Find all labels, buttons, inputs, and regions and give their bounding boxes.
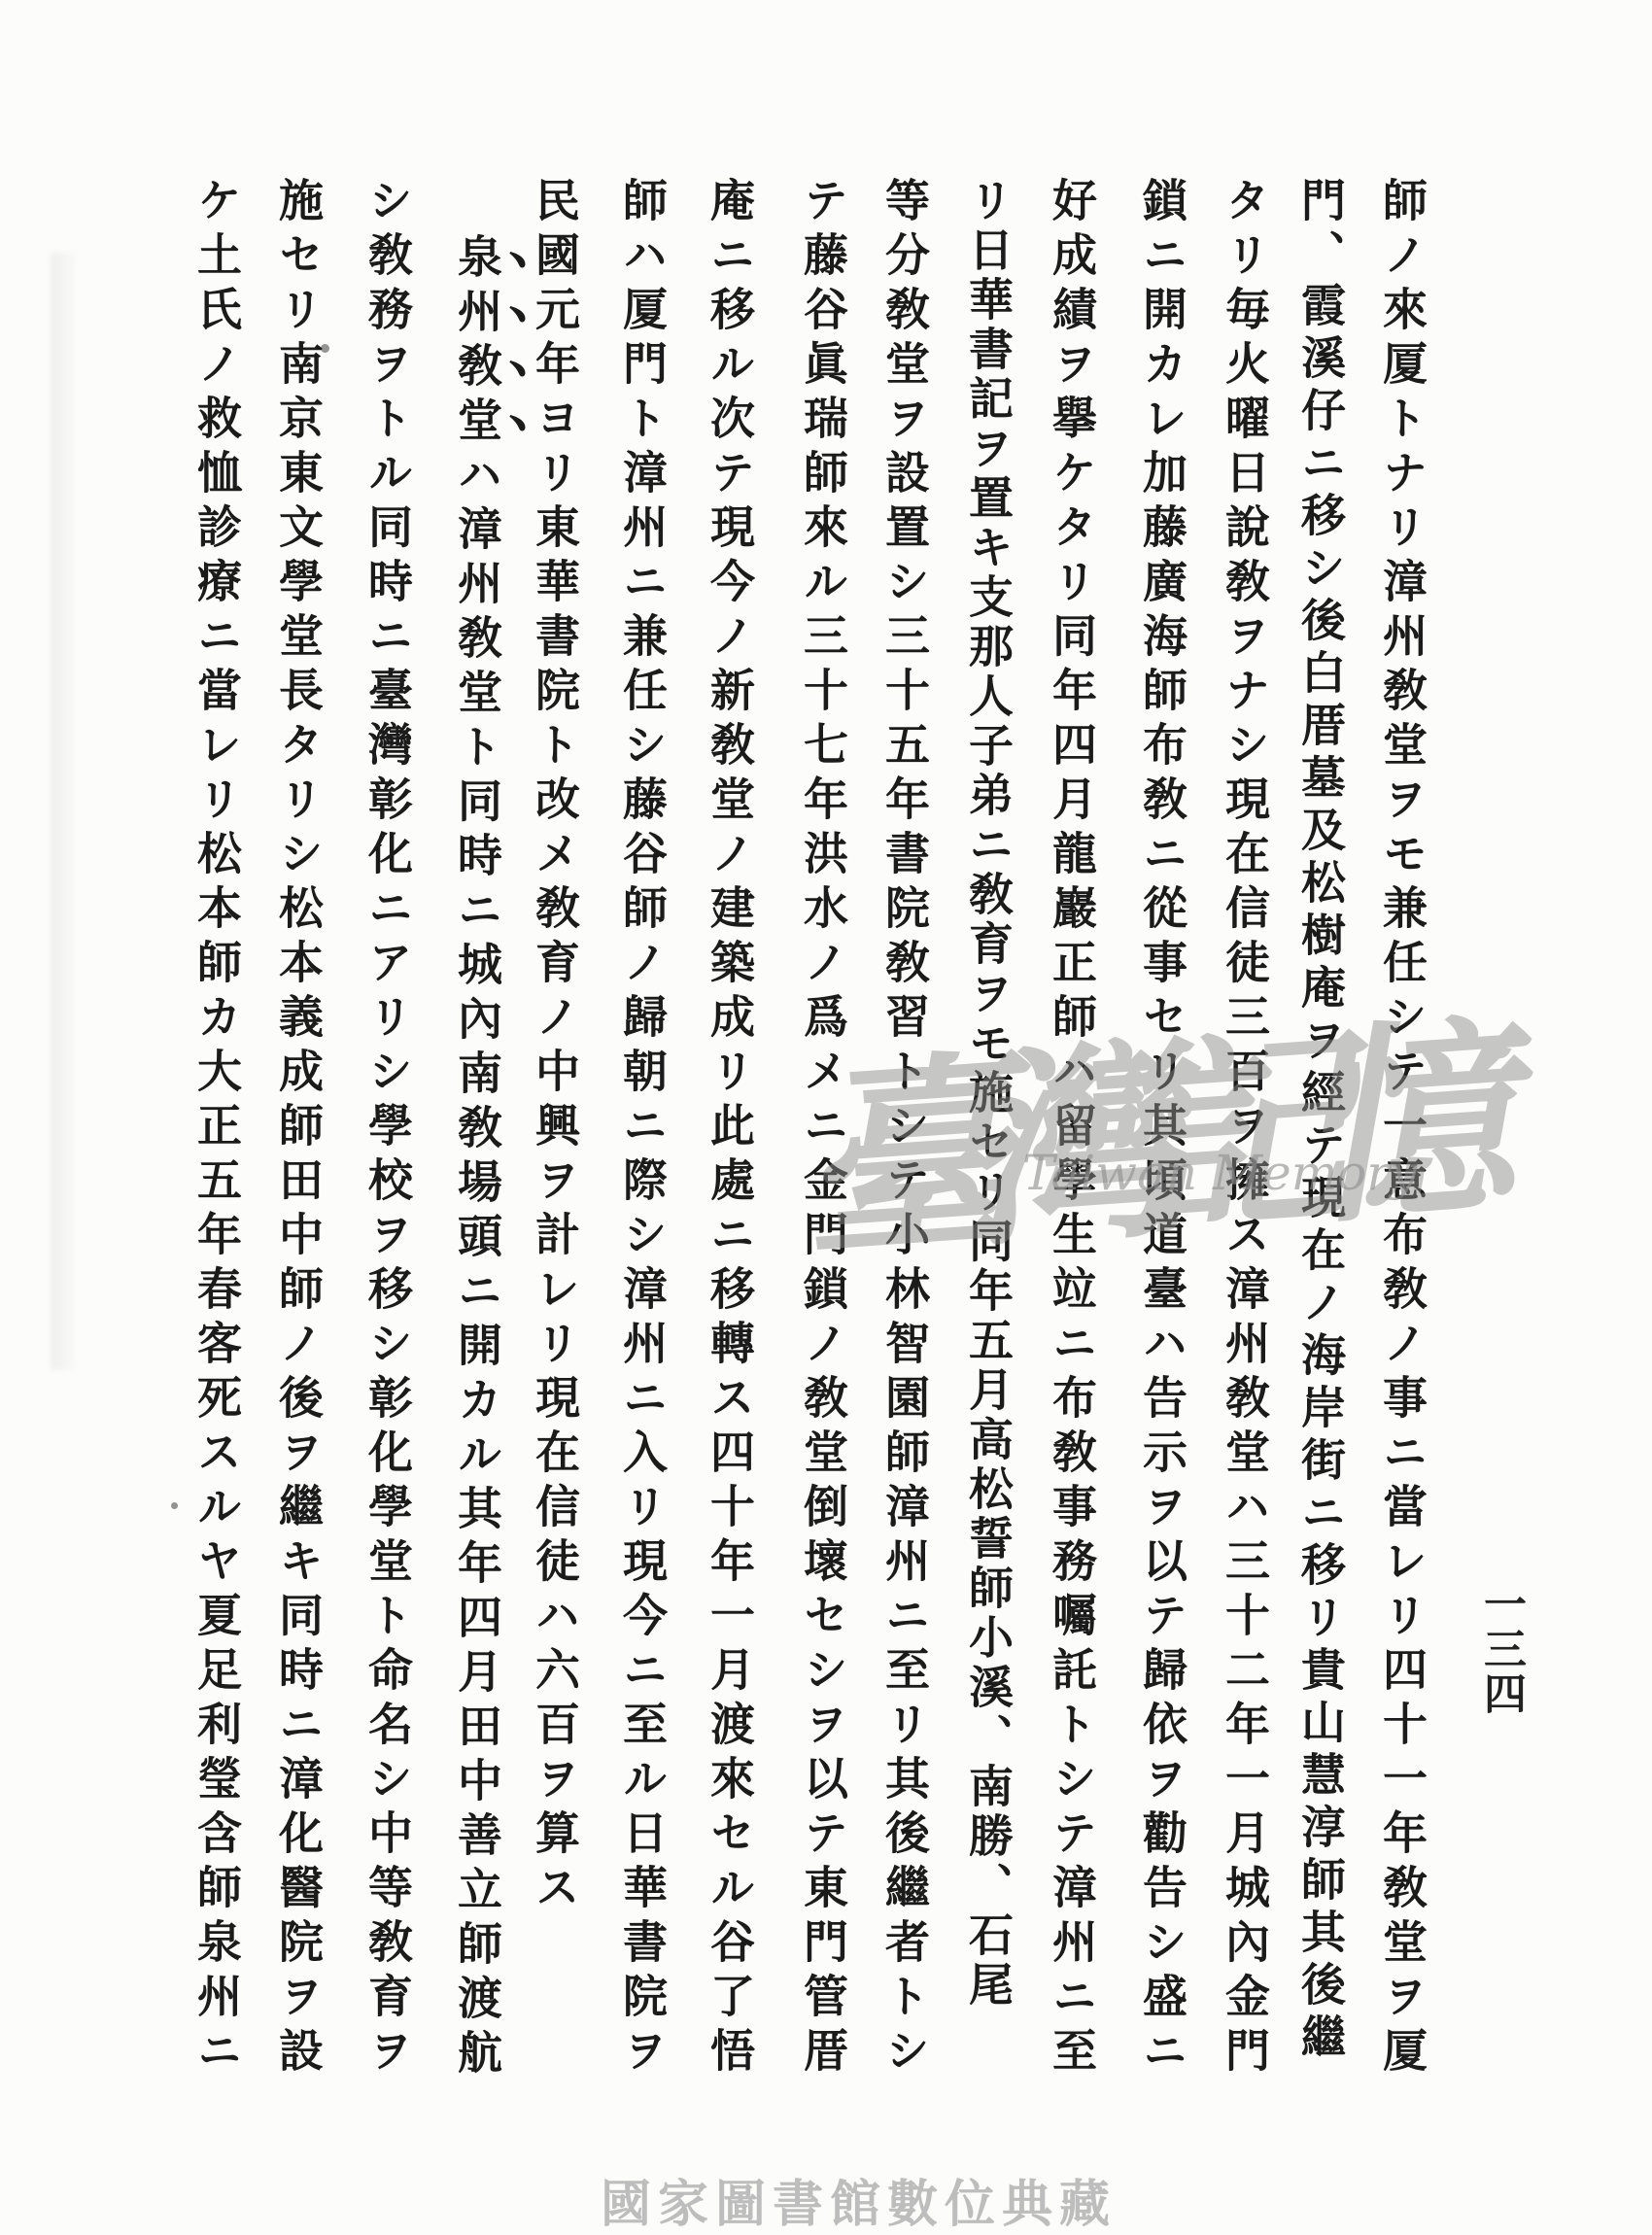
scan-speck: [171, 1502, 178, 1509]
footer-library-credit: 國家圖書館數位典藏: [601, 2163, 1117, 2235]
page-number: 一三四: [1469, 1582, 1532, 1716]
text-column-13: シ敎務ヲトル同時ニ臺灣彰化ニアリシ學校ヲ移シ彰化學堂ト命名シ中等敎育ヲ: [355, 177, 419, 2081]
text-column-12-body: ハ漳州敎堂ト同時ニ城內南敎場頭ニ開カル其年四月田中善立師渡航: [452, 451, 501, 2083]
text-column-3: タリ毎火曜日說敎ヲナシ現在信徒三百ヲ擁ス漳州敎堂ハ三十二年一月城內金門: [1212, 177, 1276, 2081]
emphasized-section-title: 泉州敎堂: [452, 233, 501, 451]
text-column-1: 師ノ來厦トナリ漳州敎堂ヲモ兼任シテ一意布敎ノ事ニ當レリ四十一年敎堂ヲ厦: [1369, 177, 1433, 2081]
text-column-15: ケ土氏ノ救恤診療ニ當レリ松本師カ大正五年春客死スルヤ夏足利瑩含師泉州ニ: [184, 177, 248, 2081]
text-column-7: 等分敎堂ヲ設置シ三十五年書院敎習トシテ小林智園師漳州ニ至リ其後繼者トシ: [872, 177, 936, 2081]
scan-streak-artifact: [51, 253, 76, 1370]
text-column-14: 施セリ南京東文學堂長タリシ松本義成師田中師ノ後ヲ繼キ同時ニ漳化醫院ヲ設: [265, 177, 329, 2081]
text-column-10: 師ハ厦門ト漳州ニ兼任シ藤谷師ノ歸朝ニ際シ漳州ニ入リ現今ニ至ル日華書院ヲ: [609, 177, 673, 2081]
text-column-9: 庵ニ移ル次テ現今ノ新敎堂ノ建築成リ此處ニ移轉ス四十年一月渡來セル谷了悟: [697, 177, 761, 2081]
text-column-4: 鎖ニ開カレ加藤廣海師布敎ニ從事セリ其頃道臺ハ告示ヲ以テ歸依ヲ勸告シ盛ニ: [1129, 177, 1193, 2081]
scanned-page: 師ノ來厦トナリ漳州敎堂ヲモ兼任シテ一意布敎ノ事ニ當レリ四十一年敎堂ヲ厦 門、霞溪…: [0, 0, 1652, 2235]
text-column-5: 好成績ヲ擧ケタリ同年四月龍巖正師ハ留學生竝ニ布敎事務囑託トシテ漳州ニ至: [1039, 177, 1103, 2081]
text-column-12: 泉州敎堂ハ漳州敎堂ト同時ニ城內南敎場頭ニ開カル其年四月田中善立師渡航: [444, 233, 533, 2083]
text-column-8: テ藤谷眞瑞師來ル三十七年洪水ノ爲メニ金門鎖ノ敎堂倒壞セシヲ以テ東門管厝: [790, 177, 854, 2081]
text-column-2: 門、霞溪仔ニ移シ後白厝墓及松樹庵ヲ經テ現在ノ海岸街ニ移リ貴山慧淳師其後繼: [1288, 177, 1352, 2066]
text-column-6: リ日華書記ヲ置キ支那人子弟ニ敎育ヲモ施セリ同年五月高松誓師小溪、南勝、石尾: [955, 177, 1019, 2011]
